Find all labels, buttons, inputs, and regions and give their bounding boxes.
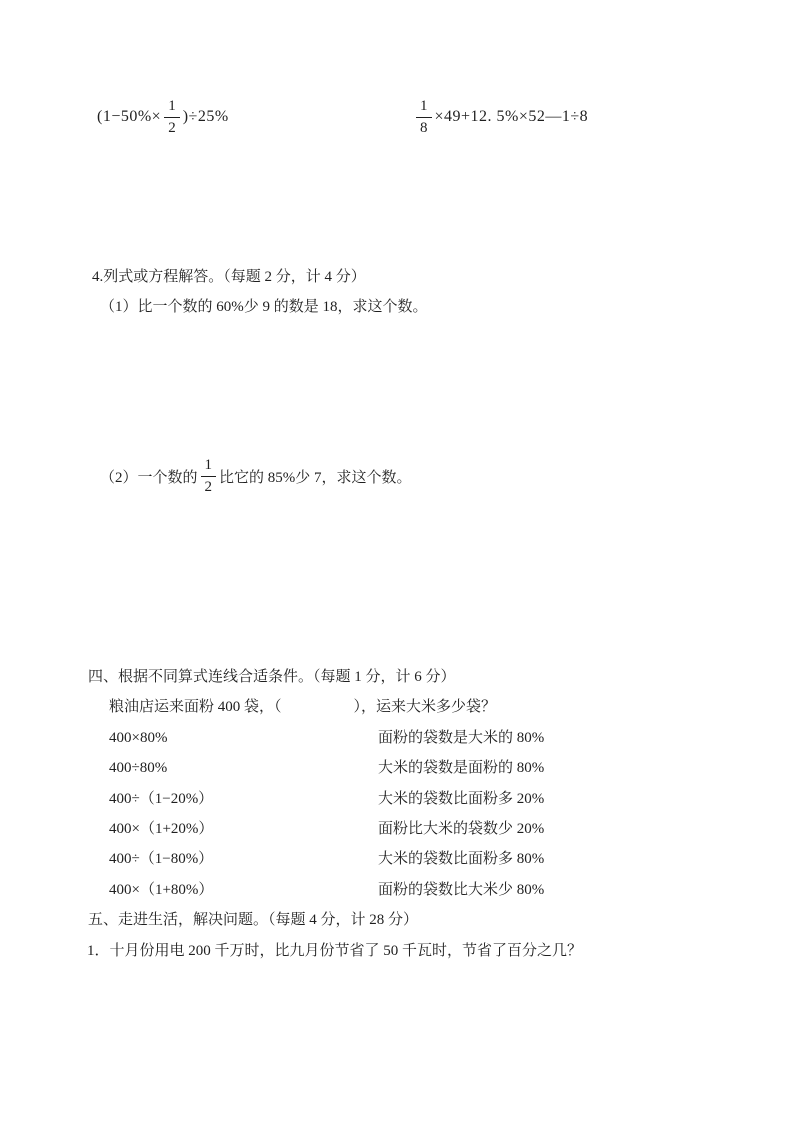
match-row: 400÷（1−20%）大米的袋数比面粉多 20% xyxy=(0,784,793,814)
match-condition: 大米的袋数比面粉多 20% xyxy=(378,791,544,807)
question2-prefix: （2）一个数的 xyxy=(100,466,198,487)
match-expression: 400÷80% xyxy=(109,753,378,783)
fraction-one-eighth: 1 8 xyxy=(416,97,432,138)
match-expression: 400×80% xyxy=(109,723,378,753)
expression-suffix: ×49+12. 5%×52—1÷8 xyxy=(435,108,589,126)
match-expression: 400÷（1−20%） xyxy=(109,784,378,814)
match-condition: 面粉的袋数是大米的 80% xyxy=(378,730,544,746)
worksheet-page: (1−50%× 1 2 )÷25% 1 8 ×49+12. 5%×52—1÷8 … xyxy=(0,0,793,1122)
match-row: 400×（1+80%）面粉的袋数比大米少 80% xyxy=(0,875,793,905)
fraction-numerator: 1 xyxy=(201,456,217,477)
fraction-numerator: 1 xyxy=(416,97,432,118)
intro-right-text: ），运来大米多少袋？ xyxy=(354,699,497,715)
matching-and-word-problems: 四、根据不同算式连线合适条件。（每题 1 分，计 6 分） 粮油店运来面粉 40… xyxy=(0,662,793,966)
section4-question1: （1）比一个数的 60%少 9 的数是 18，求这个数。 xyxy=(100,299,428,315)
match-row: 400÷（1−80%）大米的袋数比面粉多 80% xyxy=(0,844,793,874)
match-row: 400÷80%大米的袋数是面粉的 80% xyxy=(0,753,793,783)
math-expression-left: (1−50%× 1 2 )÷25% xyxy=(97,92,229,142)
matching-intro-line: 粮油店运来面粉 400 袋，（），运来大米多少袋？ xyxy=(0,692,793,722)
fraction-one-half: 1 2 xyxy=(164,97,180,138)
intro-left-text: 粮油店运来面粉 400 袋，（ xyxy=(109,699,282,715)
section4-question2: （2）一个数的 1 2 比它的 85%少 7，求这个数。 xyxy=(100,452,412,500)
fraction-one-half: 1 2 xyxy=(201,456,217,497)
fraction-denominator: 2 xyxy=(164,118,180,138)
match-condition: 面粉比大米的袋数少 20% xyxy=(378,821,544,837)
fraction-numerator: 1 xyxy=(164,97,180,118)
fraction-denominator: 8 xyxy=(416,118,432,138)
expression-suffix: )÷25% xyxy=(183,108,229,126)
match-condition: 大米的袋数是面粉的 80% xyxy=(378,760,544,776)
match-row: 400×80%面粉的袋数是大米的 80% xyxy=(0,723,793,753)
match-expression: 400×（1+20%） xyxy=(109,814,378,844)
match-expression: 400×（1+80%） xyxy=(109,875,378,905)
section-four-title: 四、根据不同算式连线合适条件。（每题 1 分，计 6 分） xyxy=(0,662,793,692)
match-expression: 400÷（1−80%） xyxy=(109,844,378,874)
match-row: 400×（1+20%）面粉比大米的袋数少 20% xyxy=(0,814,793,844)
section-five-question1: 1．十月份用电 200 千万时，比九月份节省了 50 千瓦时，节省了百分之几？ xyxy=(0,936,793,966)
question2-suffix: 比它的 85%少 7，求这个数。 xyxy=(219,466,412,487)
match-condition: 面粉的袋数比大米少 80% xyxy=(378,882,544,898)
section-five-title: 五、走进生活，解决问题。（每题 4 分，计 28 分） xyxy=(0,905,793,935)
match-condition: 大米的袋数比面粉多 80% xyxy=(378,851,544,867)
expression-prefix: (1−50%× xyxy=(97,108,161,126)
section4-title: 4.列式或方程解答。（每题 2 分，计 4 分） xyxy=(92,269,366,285)
math-expression-right: 1 8 ×49+12. 5%×52—1÷8 xyxy=(413,92,588,142)
fraction-denominator: 2 xyxy=(201,477,217,497)
